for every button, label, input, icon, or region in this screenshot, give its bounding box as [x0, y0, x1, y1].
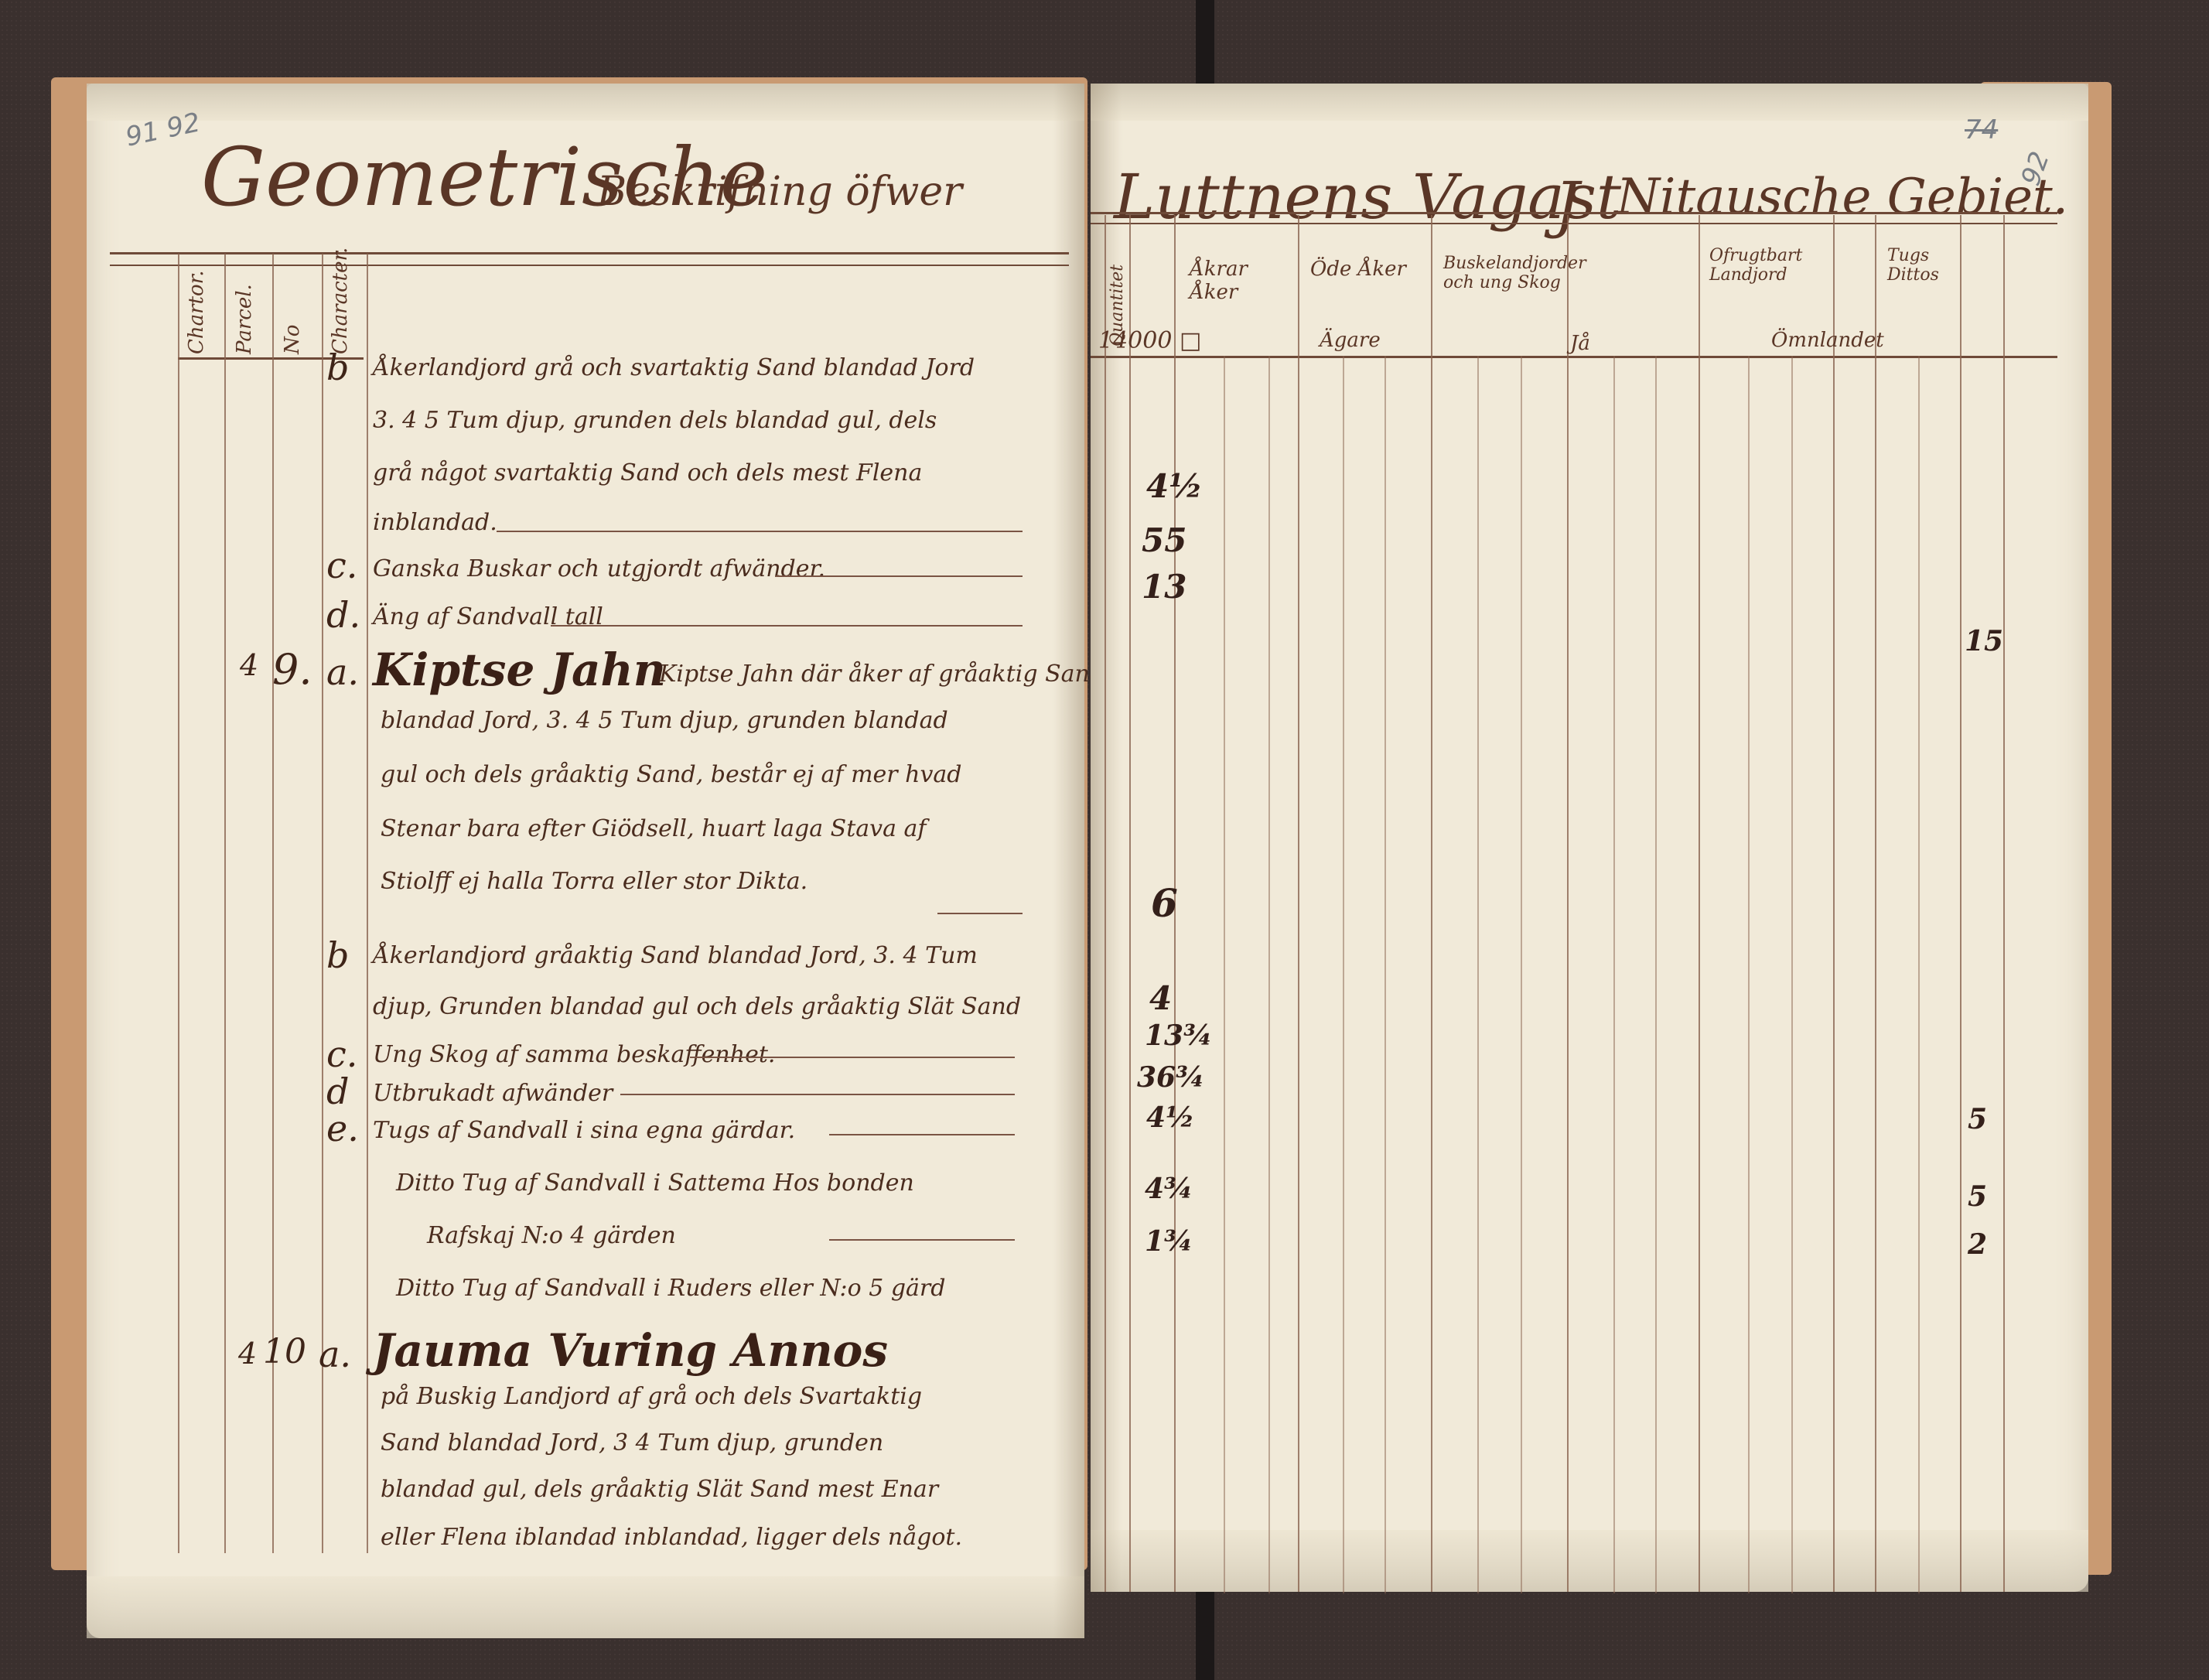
entry-text: Utbrukadt afwänder [373, 1080, 613, 1107]
entry-text: Åkerlandjord grå och svartaktig Sand bla… [373, 354, 975, 381]
left-page: 91 92 Geometrische Beskrifning öfwer Cha… [87, 84, 1084, 1638]
quantity-value: 36¾ [1137, 1061, 1205, 1094]
column-divider [224, 254, 226, 1553]
plot-fraction: 4 [238, 1337, 257, 1371]
column-divider [1567, 215, 1569, 1592]
quantity-value: 4¾ [1145, 1173, 1193, 1205]
column-divider [1477, 356, 1479, 1593]
column-divider [1960, 215, 1961, 1592]
column-divider [1875, 215, 1876, 1592]
entry-text: eller Flena iblandad inblandad, ligger d… [381, 1524, 962, 1551]
column-divider [1699, 215, 1700, 1592]
column-header-parcel: Parcel. [234, 269, 257, 354]
column-header-character: Character. [329, 269, 353, 354]
column-divider [1224, 356, 1225, 1593]
header-rule-top [110, 252, 1069, 254]
page-title-continued: Beskrifning öfwer [597, 169, 962, 215]
column-header-number: No [282, 269, 305, 354]
torn-edge-bottom [87, 1576, 1084, 1638]
entry-text: Ditto Tug af Sandvall i Sattema Hos bond… [396, 1170, 914, 1197]
entry-text: Tugs af Sandvall i sina egna gärdar. [373, 1117, 795, 1144]
entry-text: blandad Jord, 3. 4 5 Tum djup, grunden b… [381, 707, 948, 734]
column-divider [1521, 356, 1522, 1593]
parcel-number: 9. [272, 645, 312, 694]
column-divider [1748, 356, 1750, 1593]
column-header-tugs: Tugs Dittos [1887, 246, 1980, 285]
parcel-number: 10 [263, 1332, 306, 1371]
column-divider [1431, 215, 1432, 1592]
torn-edge-top [87, 84, 1084, 121]
column-divider [1104, 215, 1106, 1592]
entry-letter: d [326, 1070, 349, 1112]
line-fill-rule [829, 1134, 1015, 1135]
column-header-akrar: Åkrar Åker [1190, 258, 1298, 305]
header-value: Ägare [1320, 330, 1381, 353]
column-divider [367, 254, 368, 1553]
line-fill-rule [937, 913, 1023, 914]
column-divider [178, 254, 179, 1553]
quantity-value: 6 [1151, 880, 1178, 926]
entry-text: Ditto Tug af Sandvall i Ruders eller N:o… [396, 1275, 945, 1302]
tugs-value: 2 [1968, 1228, 1987, 1261]
header-rule-top-2 [1091, 223, 2057, 224]
column-divider [1655, 356, 1657, 1593]
entry-text: gul och dels gråaktig Sand, består ej af… [381, 761, 962, 788]
quantity-value: 4 [1149, 979, 1172, 1017]
entry-text: 3. 4 5 Tum djup, grunden dels blandad gu… [373, 407, 937, 434]
entry-text: grå något svartaktig Sand och dels mest … [373, 459, 922, 487]
entry-letter: e. [326, 1108, 359, 1149]
entry-letter: c. [326, 545, 357, 586]
entry-letter: b [326, 347, 349, 388]
header-rule-bottom [1091, 356, 2057, 358]
entry-text: blandad gul, dels gråaktig Slät Sand mes… [381, 1476, 938, 1503]
column-divider [1268, 356, 1270, 1593]
line-fill-rule [551, 625, 1023, 627]
column-divider [2003, 215, 2005, 1592]
entry-letter: c. [326, 1033, 357, 1075]
header-value: Ömnlandet [1771, 330, 1884, 353]
column-header-ofrugtbart: Ofrugtbart Landjord [1709, 246, 1825, 285]
entry-text: Stiolff ej halla Torra eller stor Dikta. [381, 868, 807, 895]
column-header-ode-aker: Öde Åker [1310, 258, 1426, 282]
header-value: Jå [1570, 333, 1590, 356]
header-rule-top [1091, 212, 2057, 214]
quantity-value: 13¾ [1145, 1019, 1213, 1052]
gutter-shadow [1053, 84, 1084, 1638]
column-divider [1343, 356, 1344, 1593]
tugs-value: 15 [1965, 625, 2003, 657]
torn-edge-top [1091, 84, 2088, 121]
line-fill-rule [497, 531, 1023, 532]
quantity-value: 4½ [1146, 1101, 1195, 1134]
right-page: 74 92 Luttnens Vagast J Nitausche Gebiet… [1091, 84, 2088, 1592]
entry-text: Ung Skog af samma beskaffenhet. [373, 1041, 775, 1068]
quantity-value: 55 [1142, 521, 1186, 559]
column-header-buskelandjorder: Buskelandjorder och ung Skog [1443, 254, 1567, 293]
column-divider [1918, 356, 1920, 1593]
area-total: 14000 □ [1098, 328, 1201, 355]
entry-text: Kiptse Jahn där åker af gråaktig Sand [659, 661, 1104, 688]
entry-text: Stenar bara efter Giödsell, huart laga S… [381, 815, 927, 842]
entry-text: på Buskig Landjord af grå och dels Svart… [381, 1383, 922, 1410]
header-rule-top-2 [110, 265, 1069, 266]
column-divider [1129, 215, 1131, 1592]
entry-letter: b [326, 934, 349, 976]
page-title-continued: Nitausche Gebiet. [1617, 169, 2068, 226]
farm-name: Kiptse Jahn [373, 644, 666, 696]
entry-letter: a. [326, 651, 359, 693]
line-fill-rule [620, 1094, 1015, 1095]
line-fill-rule [775, 575, 1023, 577]
entry-text: Åkerlandjord gråaktig Sand blandad Jord,… [373, 942, 978, 969]
column-divider [1833, 215, 1835, 1592]
tugs-value: 5 [1968, 1180, 1987, 1213]
entry-heading: Kiptse Jahn [373, 644, 666, 696]
entry-letter: a. [319, 1333, 351, 1375]
plot-fraction: 4 [240, 648, 258, 682]
quantity-value: 13 [1142, 568, 1186, 606]
entry-text: inblandad. [373, 509, 497, 536]
entry-text: Ganska Buskar och utgjordt afwänder. [373, 555, 825, 582]
entry-letter: d. [326, 594, 360, 636]
entry-text: Rafskaj N:o 4 gärden [427, 1222, 676, 1249]
entry-text: djup, Grunden blandad gul och dels gråak… [373, 993, 1021, 1020]
entry-heading: Jauma Vuring Annos [373, 1324, 888, 1377]
tugs-value: 5 [1968, 1103, 1987, 1135]
column-divider [1791, 356, 1793, 1593]
column-header-chartor: Chartor. [186, 269, 209, 354]
torn-edge-bottom [1091, 1530, 2088, 1592]
entry-text: Sand blandad Jord, 3 4 Tum djup, grunden [381, 1429, 883, 1456]
line-fill-rule [829, 1239, 1015, 1241]
column-divider [1384, 356, 1386, 1593]
folio-number-struck: 74 [1965, 114, 1998, 145]
farm-name: Jauma Vuring Annos [373, 1324, 888, 1377]
line-fill-rule [690, 1057, 1015, 1058]
column-divider [1298, 215, 1299, 1592]
quantity-value: 4½ [1146, 467, 1203, 505]
quantity-value: 1¾ [1145, 1225, 1193, 1258]
column-divider [1613, 356, 1615, 1593]
